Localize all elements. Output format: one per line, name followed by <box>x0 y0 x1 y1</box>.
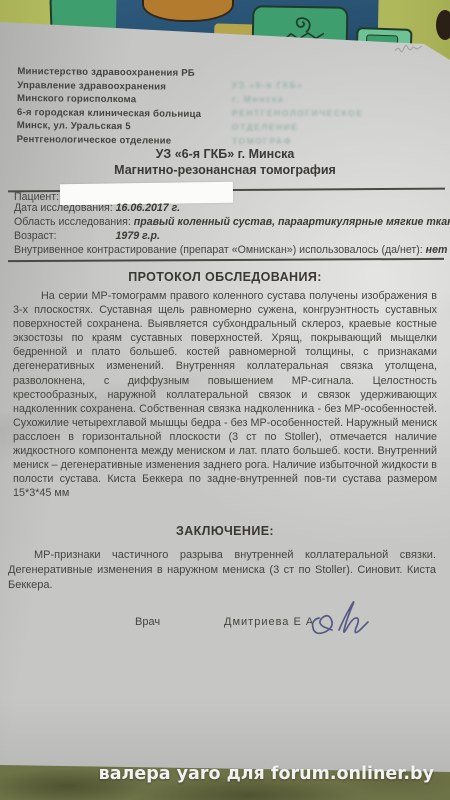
faint-stamp: УЗ «6-я ГКБ» г. Минска РЕНТГЕНОЛОГИЧЕСКО… <box>232 78 402 148</box>
doctor-signature <box>305 590 385 646</box>
letterhead-line: Министерство здравоохранения РБ <box>17 65 201 81</box>
field-value: 16.06.2017 г. <box>116 202 180 214</box>
field-exam-area: Область исследования: правый коленный су… <box>14 216 450 228</box>
stamp-line: ТОМОГРАФ <box>232 134 402 148</box>
protocol-body: На серии МР-томограмм правого коленного … <box>13 289 437 500</box>
conclusion-body: МР-признаки частичного разрыва внутренне… <box>8 548 436 593</box>
stamp-line: УЗ «6-я ГКБ» <box>232 78 402 92</box>
field-label: Возраст: <box>14 230 57 242</box>
field-value: нет <box>426 244 448 256</box>
field-label: Область исследования: <box>14 216 131 228</box>
field-value: правый коленный сустав, параартикулярные… <box>134 216 450 228</box>
photo-of-document: Министерство здравоохранения РБ Управлен… <box>0 0 450 800</box>
field-contrast: Внутривенное контрастирование (препарат … <box>14 244 447 256</box>
conclusion-heading: ЗАКЛЮЧЕНИЕ: <box>0 524 450 538</box>
field-value: 1979 г.р. <box>116 230 160 242</box>
field-label: Внутривенное контрастирование (препарат … <box>14 244 423 256</box>
fields-bottom-rule <box>8 258 444 262</box>
document-title: УЗ «6-я ГКБ» г. Минска Магнитно-резонанс… <box>0 147 450 177</box>
watermark-text: валера yaro для forum.onliner.by <box>99 764 434 784</box>
fabric-dark-spot <box>436 10 450 40</box>
mri-report: Министерство здравоохранения РБ Управлен… <box>0 0 450 775</box>
field-exam-date: Дата исследования: 16.06.2017 г. <box>14 202 180 214</box>
letterhead: Министерство здравоохранения РБ Управлен… <box>17 65 202 148</box>
stamp-line: г. Минска <box>232 92 402 106</box>
field-age: Возраст: 1979 г.р. <box>14 230 160 242</box>
paper-sheet: Министерство здравоохранения РБ Управлен… <box>0 0 450 775</box>
protocol-heading: ПРОТОКОЛ ОБСЛЕДОВАНИЯ: <box>0 270 450 284</box>
doctor-name: Дмитриева Е А <box>224 616 314 628</box>
doctor-role-label: Врач <box>135 616 160 628</box>
field-label: Дата исследования: <box>14 202 113 214</box>
exam-type-title: Магнитно-резонансная томография <box>0 163 450 177</box>
clinic-title: УЗ «6-я ГКБ» г. Минска <box>0 147 450 161</box>
stamp-line: РЕНТГЕНОЛОГИЧЕСКОЕ ОТДЕЛЕНИЕ <box>232 106 402 134</box>
